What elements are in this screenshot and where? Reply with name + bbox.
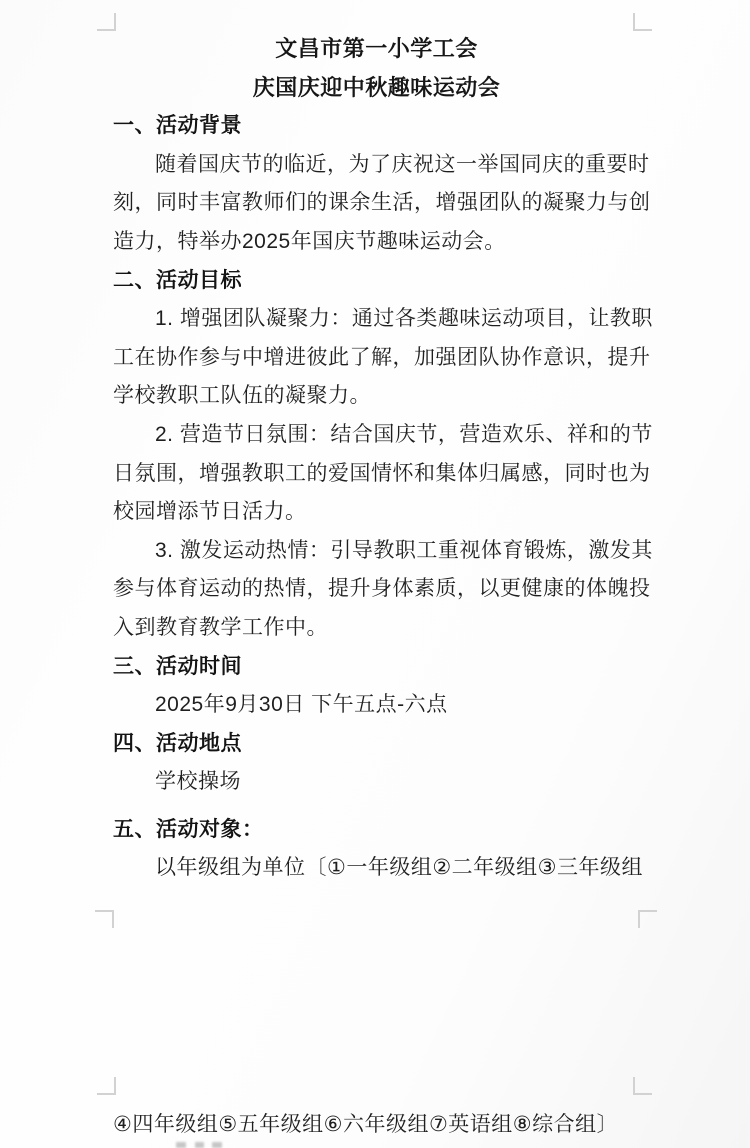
- heading-activity-background: 一、活动背景: [113, 107, 640, 146]
- document-photo: 文昌市第一小学工会 庆国庆迎中秋趣味运动会 一、活动背景 随着国庆节的临近，为了…: [0, 0, 750, 1148]
- participants-groups-line-1: 以年级组为单位〔①一年级组②二年级组③三年级组: [113, 849, 640, 888]
- participants-groups-line-2: ④四年级组⑤五年级组⑥六年级组⑦英语组⑧综合组〕: [113, 1106, 673, 1145]
- page1-top-right-crop-mark: [633, 13, 652, 31]
- doc-title: 文昌市第一小学工会: [113, 30, 640, 69]
- page2-top-right-crop-mark: [633, 1077, 652, 1095]
- goal-item-2-line: 2. 营造节日氛围：结合国庆节，营造欢乐、祥和的节: [113, 416, 640, 455]
- heading-activity-location: 四、活动地点: [113, 725, 640, 764]
- goal-item-1-line: 1. 增强团队凝聚力：通过各类趣味运动项目，让教职: [113, 300, 640, 339]
- cropped-next-line-artifact: [176, 1142, 186, 1148]
- activity-time-value: 2025年9月30日 下午五点-六点: [113, 686, 640, 725]
- text-line: 工在协作参与中增进彼此了解，加强团队协作意识，提升: [113, 339, 640, 378]
- goal-item-3-line: 3. 激发运动热情：引导教职工重视体育锻炼，激发其: [113, 532, 640, 571]
- page2-top-left-crop-mark: [97, 1077, 116, 1095]
- activity-location-value: 学校操场: [113, 763, 640, 802]
- cropped-next-line-artifact: [195, 1142, 204, 1148]
- heading-activity-participants: 五、活动对象：: [113, 811, 640, 850]
- text-line: 校园增添节日活力。: [113, 493, 640, 532]
- heading-activity-time: 三、活动时间: [113, 648, 640, 687]
- text-line: 学校教职工队伍的凝聚力。: [113, 377, 640, 416]
- page1-bottom-right-crop-mark: [638, 910, 657, 928]
- page1-text-column: 文昌市第一小学工会 庆国庆迎中秋趣味运动会 一、活动背景 随着国庆节的临近，为了…: [113, 30, 640, 888]
- doc-subtitle: 庆国庆迎中秋趣味运动会: [113, 69, 640, 108]
- cropped-next-line-artifact: [212, 1142, 222, 1148]
- page1-top-left-crop-mark: [97, 13, 116, 31]
- text-line: 随着国庆节的临近，为了庆祝这一举国同庆的重要时: [113, 146, 640, 185]
- text-line: 日氛围，增强教职工的爱国情怀和集体归属感，同时也为: [113, 455, 640, 494]
- text-line: 参与体育运动的热情，提升身体素质，以更健康的体魄投: [113, 570, 640, 609]
- page1-bottom-left-crop-mark: [95, 910, 114, 928]
- heading-activity-goals: 二、活动目标: [113, 262, 640, 301]
- text-line: 入到教育教学工作中。: [113, 609, 640, 648]
- page2-text-column: ④四年级组⑤五年级组⑥六年级组⑦英语组⑧综合组〕: [113, 1106, 673, 1145]
- text-line: 造力，特举办2025年国庆节趣味运动会。: [113, 223, 640, 262]
- text-line: 刻，同时丰富教师们的课余生活，增强团队的凝聚力与创: [113, 184, 640, 223]
